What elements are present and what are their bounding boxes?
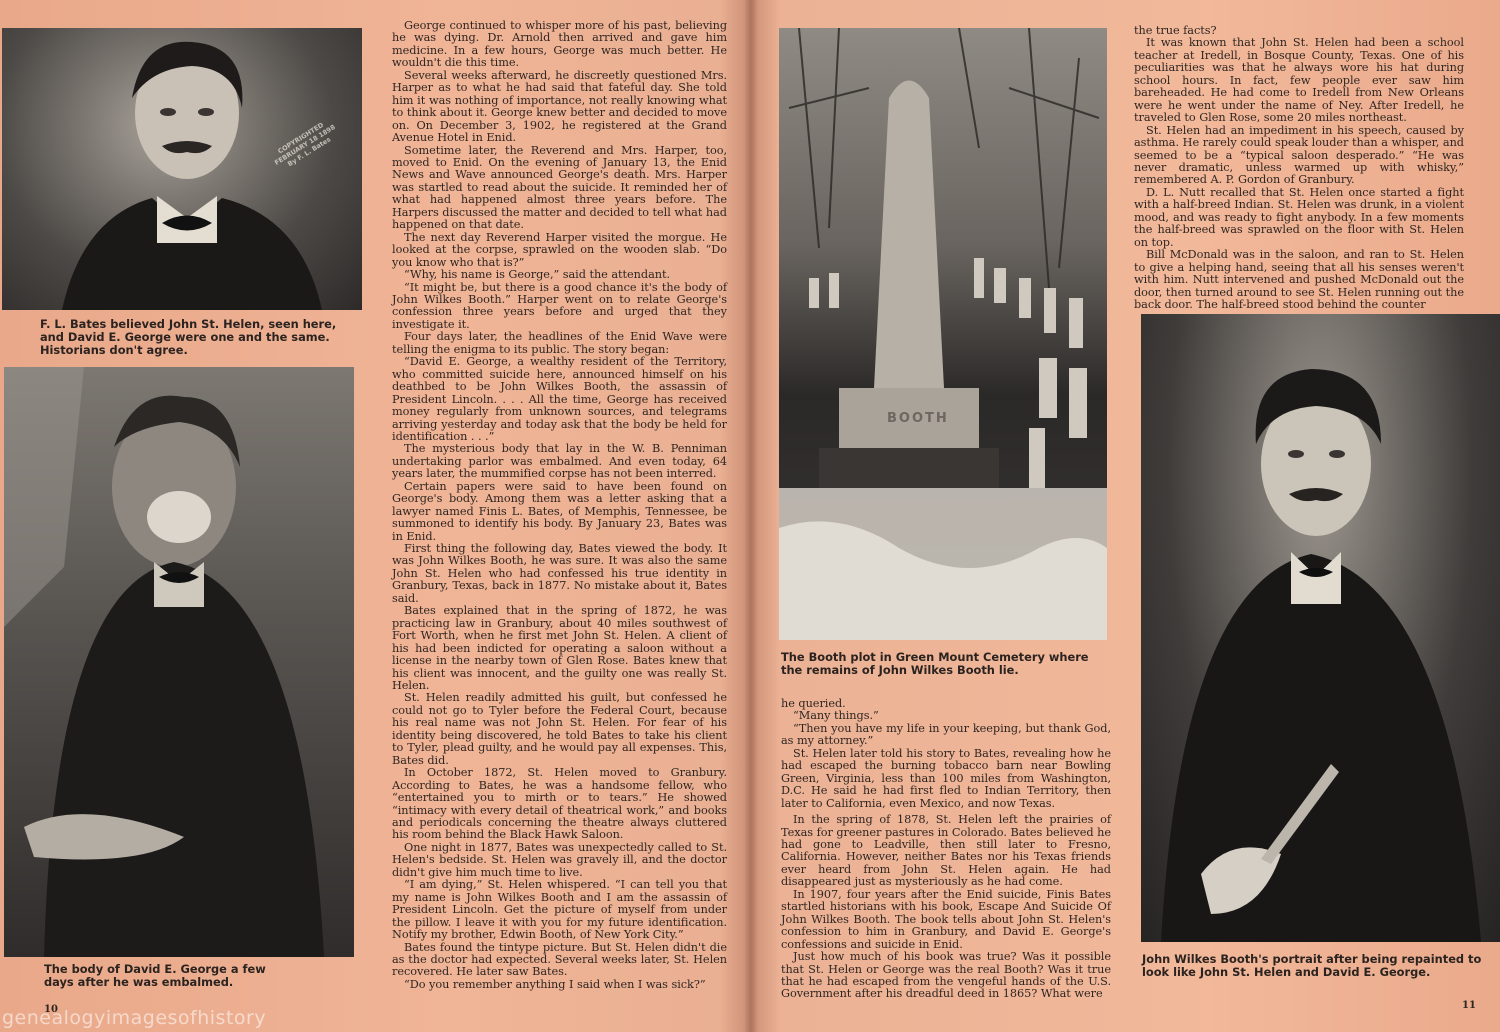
booth-monument-inscription: BOOTH: [887, 411, 949, 426]
embalmed-body-caption: The body of David E. George a few days a…: [44, 963, 289, 989]
paragraph: D. L. Nutt recalled that St. Helen once …: [1134, 187, 1464, 249]
paragraph: “Do you remember anything I said when I …: [392, 979, 727, 991]
paragraph: The next day Reverend Harper visited the…: [392, 232, 727, 269]
paragraph: First thing the following day, Bates vie…: [392, 543, 727, 605]
paragraph: “David E. George, a wealthy resident of …: [392, 356, 727, 443]
paragraph: St. Helen had an impediment in his speec…: [1134, 125, 1464, 187]
booth-figure-icon: [1141, 314, 1500, 942]
paragraph: George continued to whisper more of his …: [392, 20, 727, 70]
portrait-figure-icon: [2, 28, 362, 310]
paragraph: Bates explained that in the spring of 18…: [392, 605, 727, 692]
paragraph: Several weeks afterward, he discreetly q…: [392, 70, 727, 145]
paragraph: “I am dying,” St. Helen whispered. “I ca…: [392, 879, 727, 941]
st-helen-caption: F. L. Bates believed John St. Helen, see…: [40, 318, 360, 358]
cemetery-caption: The Booth plot in Green Mount Cemetery w…: [781, 651, 1111, 677]
paragraph: Bill McDonald was in the saloon, and ran…: [1134, 249, 1464, 311]
paragraph: St. Helen readily admitted his guilt, bu…: [392, 692, 727, 767]
paragraph: One night in 1877, Bates was unexpectedl…: [392, 842, 727, 879]
paragraph: “Why, his name is George,” said the atte…: [392, 269, 727, 281]
paragraph: Four days later, the headlines of the En…: [392, 331, 727, 356]
page-number-right: 11: [1462, 1000, 1476, 1011]
st-helen-portrait: COPYRIGHTED FEBRUARY 18 1898 By F. L. Ba…: [2, 28, 362, 310]
paragraph: Just how much of his book was true? Was …: [781, 951, 1111, 1001]
embalmed-body-photo: [4, 367, 354, 957]
booth-cemetery-plot-photo: BOOTH: [779, 28, 1107, 640]
watermark-text: genealogyimagesofhistory: [2, 1007, 266, 1029]
paragraph: “Then you have my life in your keeping, …: [781, 723, 1111, 748]
paragraph: It was known that John St. Helen had bee…: [1134, 37, 1464, 124]
article-column-left: George continued to whisper more of his …: [392, 20, 727, 991]
paragraph: In October 1872, St. Helen moved to Gran…: [392, 767, 727, 842]
paragraph: Bates found the tintype picture. But St.…: [392, 942, 727, 979]
paragraph: In the spring of 1878, St. Helen left th…: [781, 814, 1111, 889]
cemetery-scene-icon: [779, 28, 1107, 640]
booth-portrait-caption: John Wilkes Booth's portrait after being…: [1142, 953, 1494, 979]
booth-repainted-portrait: [1141, 314, 1500, 942]
body-figure-icon: [4, 367, 354, 957]
paragraph: “It might be, but there is a good chance…: [392, 282, 727, 332]
paragraph: In 1907, four years after the Enid suici…: [781, 889, 1111, 951]
paragraph: Certain papers were said to have been fo…: [392, 481, 727, 543]
paragraph: St. Helen later told his story to Bates,…: [781, 748, 1111, 810]
article-column-middle: he queried. “Many things.” “Then you hav…: [781, 698, 1111, 1001]
page-spine: [744, 0, 758, 1032]
paragraph: The mysterious body that lay in the W. B…: [392, 443, 727, 480]
paragraph: Sometime later, the Reverend and Mrs. Ha…: [392, 145, 727, 232]
article-column-right: the true facts? It was known that John S…: [1134, 25, 1464, 311]
